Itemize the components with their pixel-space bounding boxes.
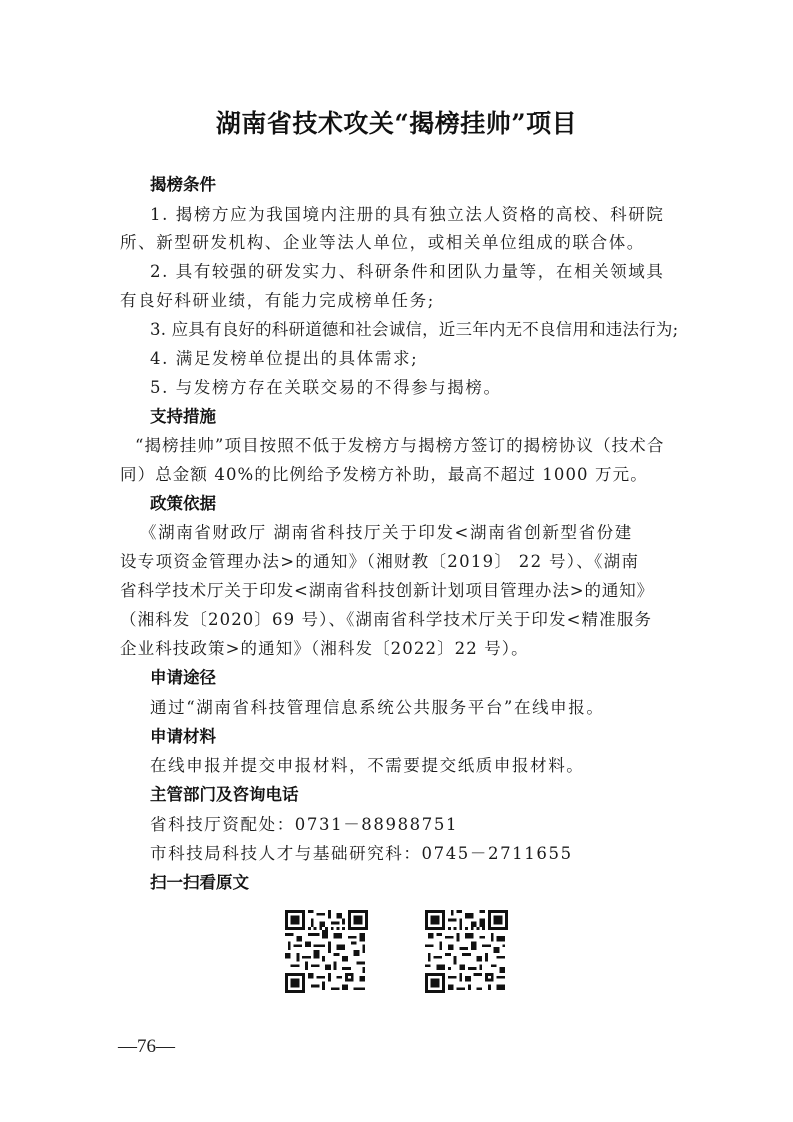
qr-code-icon	[285, 910, 368, 993]
paragraph-line: 2. 具有较强的研发实力、科研条件和团队力量等，在相关领域具	[150, 261, 680, 283]
paragraph-line: 通过“湖南省科技管理信息系统公共服务平台”在线申报。	[150, 697, 680, 719]
paragraph-line: 同）总金额 40%的比例给予发榜方补助，最高不超过 1000 万元。	[120, 464, 680, 486]
section-heading-conditions: 揭榜条件	[150, 174, 216, 196]
qr-code-icon	[425, 910, 508, 993]
paragraph-line: 设专项资金管理办法>的通知》（湘财教〔2019〕 22 号）、《湖南	[120, 551, 680, 573]
section-heading-support: 支持措施	[150, 406, 216, 428]
section-heading-application-channel: 申请途径	[150, 667, 216, 689]
paragraph-line: 4. 满足发榜单位提出的具体需求;	[150, 348, 680, 370]
paragraph-line: 5. 与发榜方存在关联交易的不得参与揭榜。	[150, 377, 680, 399]
page-title: 湖南省技术攻关“揭榜挂帅”项目	[0, 104, 793, 140]
paragraph-line: 在线申报并提交申报材料，不需要提交纸质申报材料。	[150, 755, 680, 777]
contact-line: 市科技局科技人才与基础研究科：0745－2711655	[150, 843, 680, 865]
paragraph-line: 所、新型研发机构、企业等法人单位，或相关单位组成的联合体。	[120, 232, 680, 254]
section-heading-application-materials: 申请材料	[150, 726, 216, 748]
contact-line: 省科技厅资配处：0731－88988751	[150, 814, 680, 836]
paragraph-line: 《湖南省财政厅 湖南省科技厅关于印发<湖南省创新型省份建	[140, 522, 700, 544]
paragraph-line: 企业科技政策>的通知》（湘科发〔2022〕22 号）。	[120, 638, 680, 660]
paragraph-line: 省科学技术厅关于印发<湖南省科技创新计划项目管理办法>的通知》	[120, 580, 680, 602]
paragraph-line: “揭榜挂帅”项目按照不低于发榜方与揭榜方签订的揭榜协议（技术合	[135, 435, 695, 457]
section-heading-scan: 扫一扫看原文	[150, 872, 249, 894]
section-heading-contact: 主管部门及咨询电话	[150, 784, 299, 806]
section-heading-policy-basis: 政策依据	[150, 493, 216, 515]
paragraph-line: 有良好科研业绩，有能力完成榜单任务;	[120, 290, 680, 312]
page-number: —76—	[118, 1036, 175, 1058]
paragraph-line: （湘科发〔2020〕69 号）、《湖南省科学技术厅关于印发<精准服务	[120, 609, 680, 631]
document-page: 湖南省技术攻关“揭榜挂帅”项目 揭榜条件 1. 揭榜方应为我国境内注册的具有独立…	[0, 0, 793, 1122]
paragraph-line: 1. 揭榜方应为我国境内注册的具有独立法人资格的高校、科研院	[150, 204, 680, 226]
paragraph-line: 3. 应具有良好的科研道德和社会诚信，近三年内无不良信用和违法行为;	[150, 319, 680, 341]
